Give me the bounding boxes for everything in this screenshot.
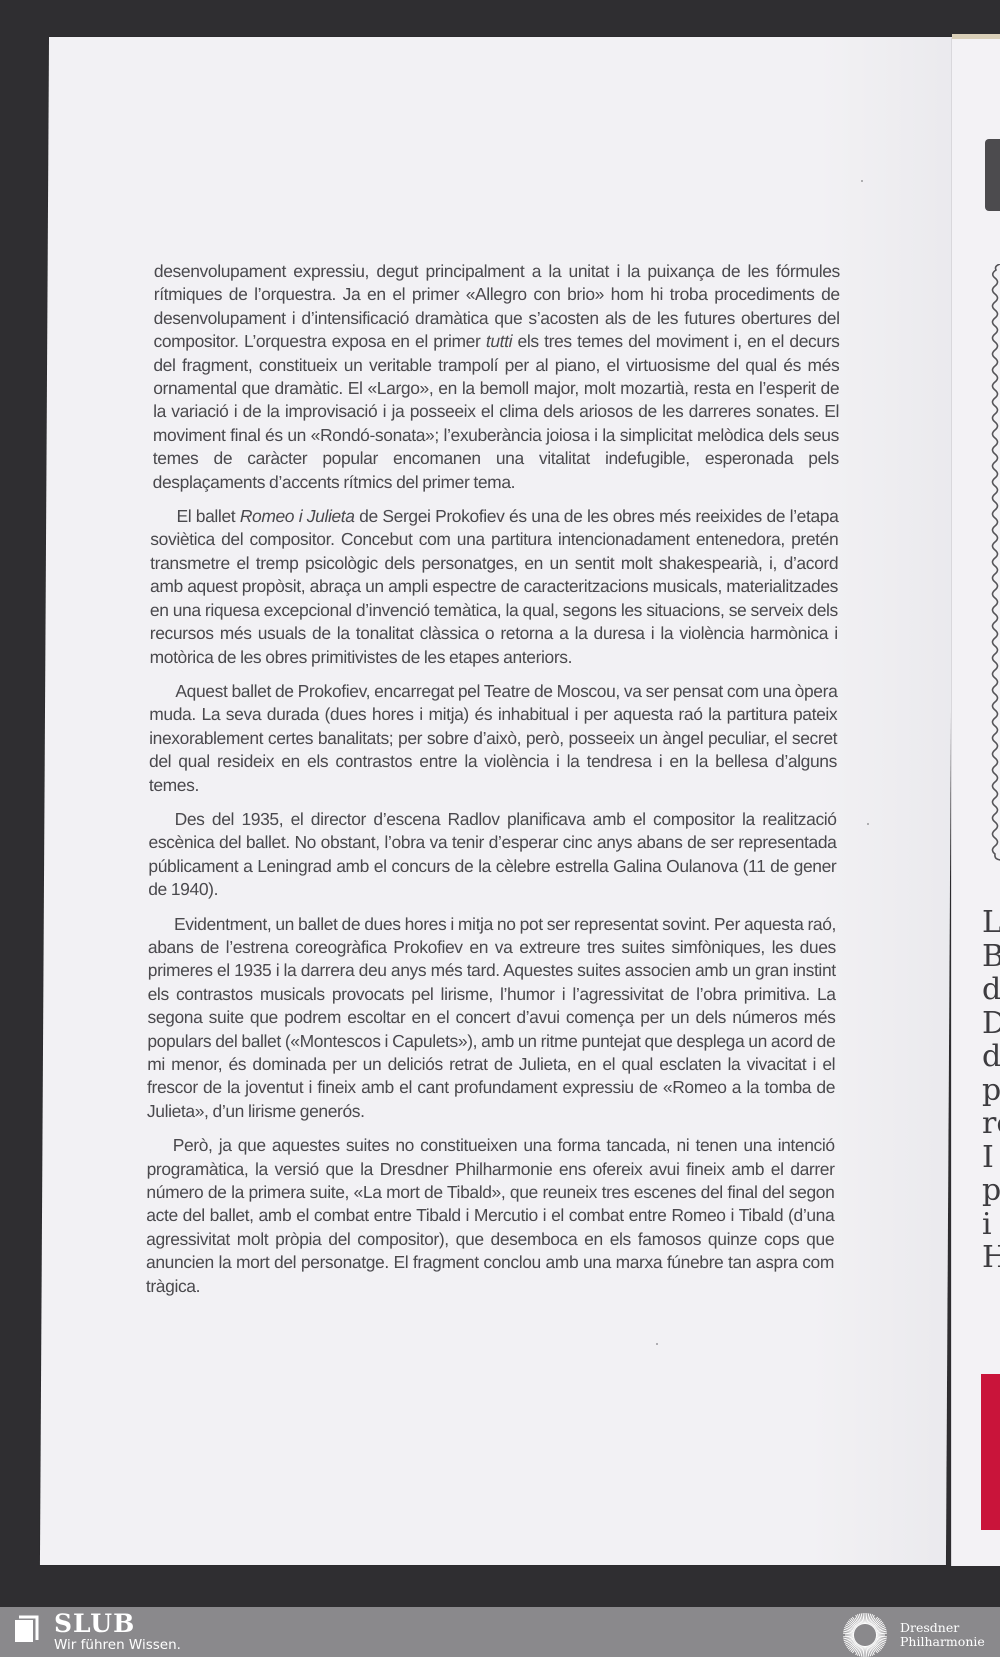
paragraph: Des del 1935, el director d’escena Radlo… [148, 808, 837, 902]
text-fragment: de [982, 973, 1000, 1007]
paragraph: El ballet Romeo i Julieta de Sergei Prok… [150, 505, 839, 669]
text-run: Evidentment, un ballet de dues hores i m… [147, 914, 836, 1121]
sunburst-ring-icon [840, 1610, 890, 1657]
scan-speck [861, 180, 863, 182]
text-fragment: pe [982, 1174, 1000, 1208]
slub-name: SLUB [54, 1611, 181, 1637]
dp-name-line1: Dresdner [900, 1621, 985, 1635]
paragraph: Però, ja que aquestes suites no constitu… [146, 1134, 835, 1298]
italic-title: Romeo i Julieta [240, 506, 355, 526]
text-run: de Sergei Prokofiev és una de les obres … [150, 506, 839, 666]
article-body: desenvolupament expressiu, degut princip… [146, 260, 840, 1309]
page-edge-strip [952, 34, 1000, 39]
dp-name-line2: Philharmonie [900, 1635, 985, 1649]
paragraph: Aquest ballet de Prokofiev, encarregat p… [149, 680, 838, 797]
dresdner-philharmonie-logo[interactable]: Dresdner Philharmonie [840, 1610, 985, 1657]
text-fragment: B [982, 940, 1000, 974]
red-accent-block [981, 1374, 1000, 1530]
right-page-edge: LBdeDdepureI epei cH [951, 38, 1000, 1566]
text-fragment: re [982, 1107, 1000, 1141]
text-run: Des del 1935, el director d’escena Radlo… [148, 809, 837, 899]
text-fragment: pu [982, 1074, 1000, 1108]
footer-bar: SLUB Wir führen Wissen. Dresdner Philhar… [0, 1607, 1000, 1657]
slub-book-icon [12, 1614, 42, 1644]
scan-speck [867, 823, 869, 825]
text-fragment: i c [982, 1208, 1000, 1242]
italic-title: tutti [486, 331, 512, 351]
text-run: els tres temes del moviment i, en el dec… [153, 331, 840, 491]
slub-tagline: Wir führen Wissen. [54, 1637, 181, 1653]
wavy-frame-border [986, 264, 1000, 862]
text-run: Aquest ballet de Prokofiev, encarregat p… [149, 681, 838, 795]
paragraph: desenvolupament expressiu, degut princip… [153, 260, 840, 494]
text-fragment: H [982, 1241, 1000, 1275]
text-fragment: D [982, 1007, 1000, 1041]
scan-speck [656, 1343, 658, 1345]
text-fragment: I e [982, 1141, 1000, 1175]
text-fragment: L [982, 906, 1000, 940]
text-run: El ballet [176, 506, 239, 526]
text-run: Però, ja que aquestes suites no constitu… [146, 1135, 835, 1295]
text-fragment: de [982, 1040, 1000, 1074]
heading-fragment [985, 139, 1000, 211]
slub-logo[interactable]: SLUB Wir führen Wissen. [12, 1611, 181, 1653]
cut-off-text-column: LBdeDdepureI epei cH [982, 906, 1000, 1275]
paragraph: Evidentment, un ballet de dues hores i m… [147, 913, 836, 1124]
